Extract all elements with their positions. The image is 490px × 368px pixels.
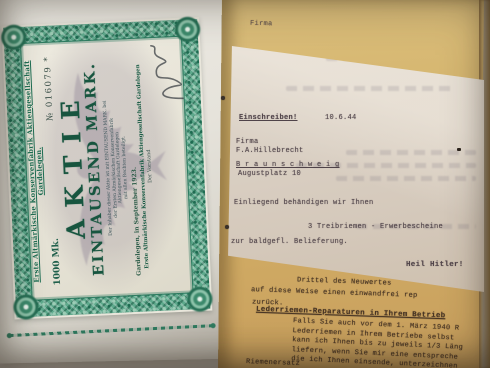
underlay-paragraph: Falls Sie auch vor dem 1. März 1940 R Le… [291,317,464,368]
corner-ornament-icon [186,286,213,313]
recipient-street: Augustplatz 10 [238,170,301,178]
certificate-page: Erste Altmärkische Konservenfabrik Aktie… [0,0,244,364]
share-certificate: Erste Altmärkische Konservenfabrik Aktie… [1,17,212,320]
corner-ornament-icon [174,16,201,43]
corner-ornament-icon [12,293,39,320]
corner-ornament-icon [0,24,27,51]
ink-speck [457,148,461,151]
rotated-certificate-text: Erste Altmärkische Konservenfabrik Aktie… [20,36,194,301]
certificate-field: Erste Altmärkische Konservenfabrik Aktie… [20,36,194,301]
guilloche-border: Erste Altmärkische Konservenfabrik Aktie… [3,19,210,318]
registered-mail-label: Einschreiben! [239,114,298,122]
recipient-name: F.A.Hillebrecht [236,147,304,155]
recipient-city: B r a u n s c h w e i g [236,161,340,169]
photo-of-open-book: Erste Altmärkische Konservenfabrik Aktie… [0,0,490,368]
punch-hole [225,225,229,229]
recipient-firma: Firma [236,138,259,146]
letter-date: 10.6.44 [325,114,357,122]
letter-closing: Heil Hitler! [406,261,464,269]
punch-hole [221,96,225,100]
letter-body-line: Einliegend behändigen wir Ihnen [234,199,374,207]
coupon-sheet-edge-line [9,324,213,337]
tan-page-firma-label: Firma [250,20,273,29]
letter-body-line: zur baldgefl. Belieferung. [231,238,348,246]
letter-body-line: 3 Treibriemen - Erwerbescheine [308,223,443,231]
